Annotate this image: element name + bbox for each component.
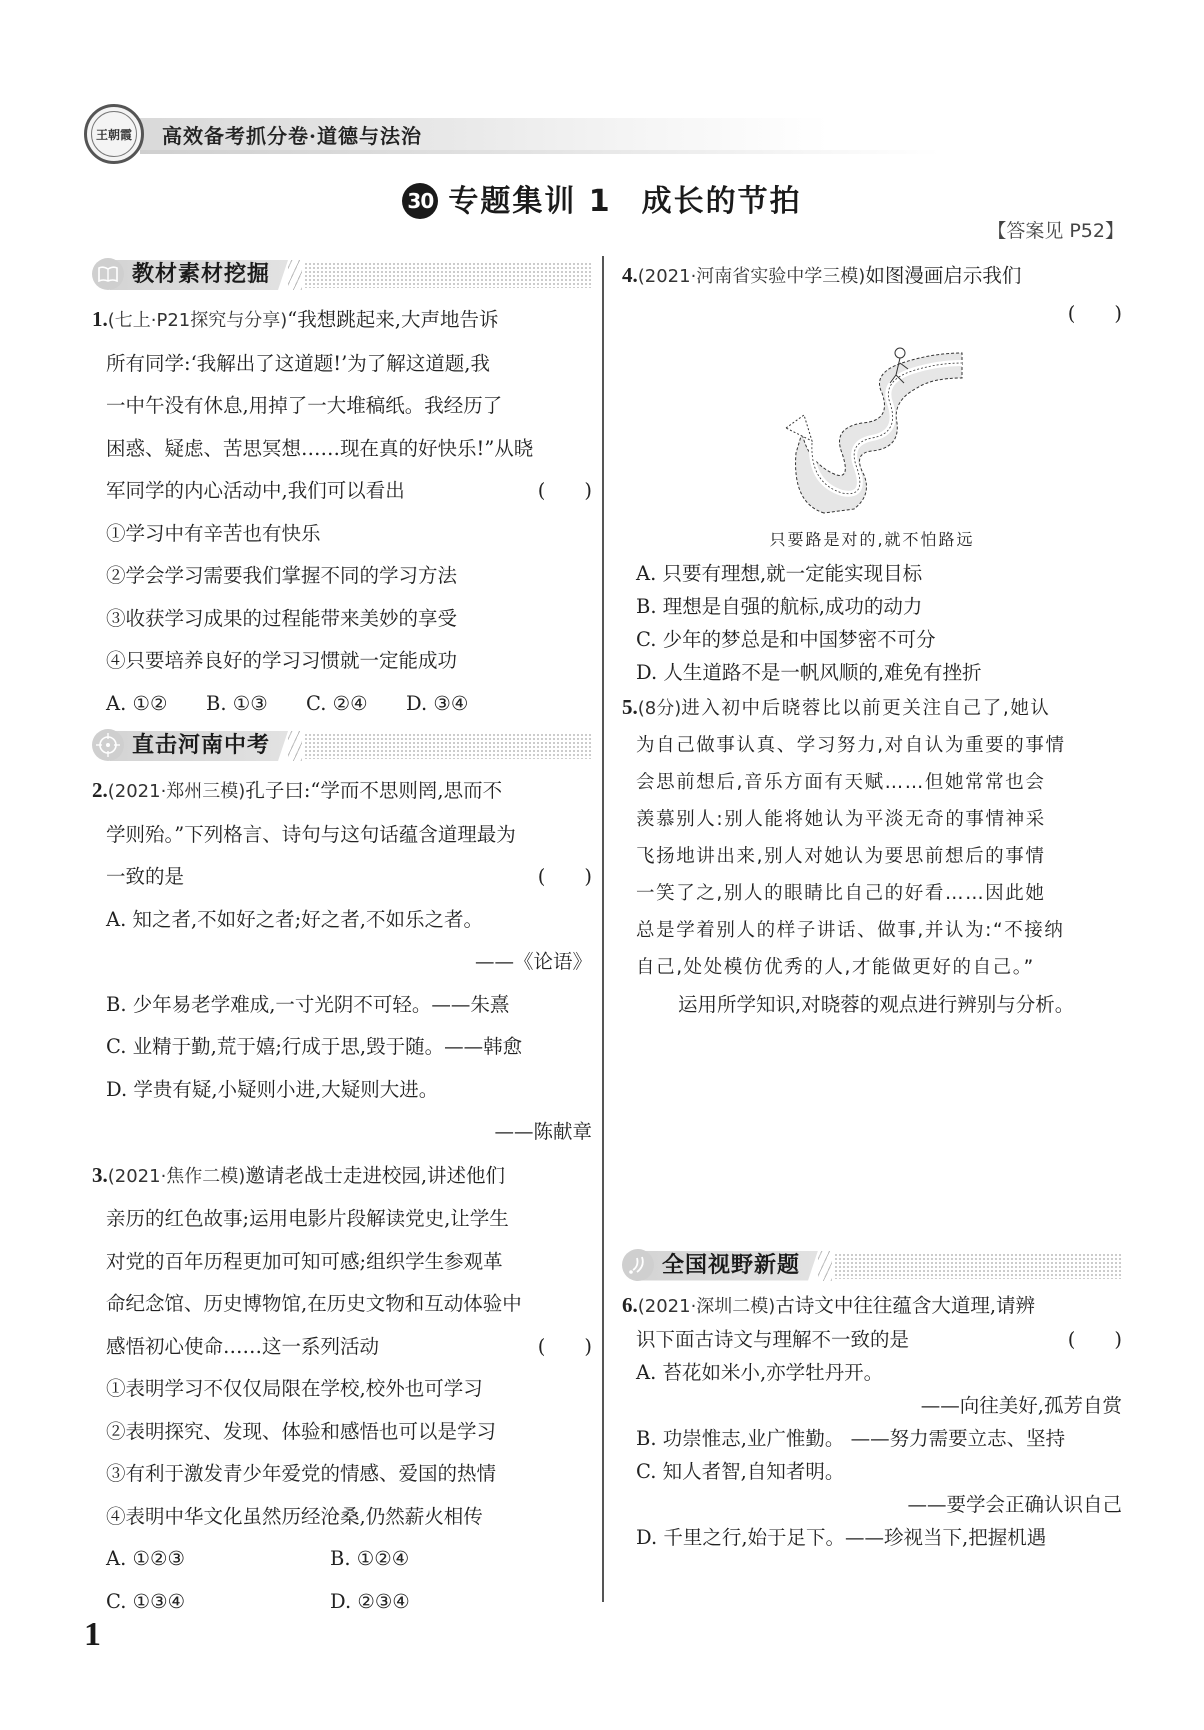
question-source: (2021·河南省实验中学三模)	[638, 266, 866, 287]
cartoon-winding-road	[622, 333, 1122, 523]
option-c[interactable]: C. ②④	[306, 683, 406, 726]
title-sub: 成长的节拍	[642, 184, 802, 219]
question-text: 军同学的内心活动中,我们可以看出	[106, 479, 405, 502]
question-source: (2021·焦作二模)	[108, 1166, 246, 1187]
option-d-attribution: ——陈献章	[92, 1111, 592, 1154]
question-text: 自己,处处模仿优秀的人,才能做更好的自己。”	[622, 949, 1122, 986]
question-4: 4.(2021·河南省实验中学三模)如图漫画启示我们 ( ) 只要路是对的,就不…	[622, 254, 1122, 689]
option-d[interactable]: D. 人生道路不是一帆风顺的,难免有挫折	[622, 656, 1122, 689]
question-points: (8分)	[638, 698, 682, 719]
question-source: (2021·郑州三模)	[108, 781, 246, 802]
statement-item: ③有利于激发青少年爱党的情感、爱国的热情	[92, 1453, 592, 1496]
option-d[interactable]: D. 千里之行,始于足下。——珍视当下,把握机遇	[622, 1521, 1122, 1554]
question-text: 感悟初心使命……这一系列活动	[106, 1335, 379, 1358]
question-1: 1.(七上·P21探究与分享)“我想跳起来,大声地告诉 所有同学:‘我解出了这道…	[92, 298, 592, 725]
unit-number-badge: 30	[402, 183, 438, 219]
option-b[interactable]: B. 少年易老学难成,一寸光阴不可轻。——朱熹	[92, 984, 592, 1027]
question-text: 羡慕别人:别人能将她认为平淡无奇的事情神采	[622, 801, 1122, 838]
publisher-logo-icon: 王朝霞	[84, 104, 144, 164]
option-b[interactable]: B. ①②④	[330, 1538, 554, 1581]
question-3: 3.(2021·焦作二模)邀请老战士走进校园,讲述他们 亲历的红色故事;运用电影…	[92, 1154, 592, 1624]
question-source: (七上·P21探究与分享)	[108, 310, 288, 331]
winding-road-illustration-icon	[772, 333, 972, 523]
answer-writing-area[interactable]	[622, 1023, 1122, 1245]
section-header-henan: 直击河南中考	[92, 727, 592, 763]
option-c[interactable]: C. 少年的梦总是和中国梦密不可分	[622, 623, 1122, 656]
answer-bracket[interactable]: ( )	[538, 856, 592, 899]
answer-bracket[interactable]: ( )	[538, 1326, 592, 1369]
option-b[interactable]: B. 理想是自强的航标,成功的动力	[622, 590, 1122, 623]
question-text: 为自己做事认真、学习努力,对自认为重要的事情	[622, 727, 1122, 764]
answer-bracket[interactable]: ( )	[1068, 1323, 1122, 1356]
question-text: 学则殆。”下列格言、诗句与这句话蕴含道理最为	[92, 814, 592, 857]
section-dots-decoration	[834, 1253, 1122, 1279]
question-text: 会思前想后,音乐方面有天赋……但她常常也会	[622, 764, 1122, 801]
answer-options: A. ①② B. ①③ C. ②④ D. ③④	[92, 683, 592, 726]
question-text: 困惑、疑虑、苦思冥想……现在真的好快乐!”从晓	[92, 428, 592, 471]
right-column: 4.(2021·河南省实验中学三模)如图漫画启示我们 ( ) 只要路是对的,就不…	[622, 254, 1122, 1554]
statement-item: ②学会学习需要我们掌握不同的学习方法	[92, 555, 592, 598]
statement-item: ④表明中华文化虽然历经沧桑,仍然薪火相传	[92, 1496, 592, 1539]
question-source: (2021·深圳二模)	[638, 1296, 776, 1317]
section-title: 教材素材挖掘	[110, 260, 288, 290]
option-b[interactable]: B. 功崇惟志,业广惟勤。 ——努力需要立志、坚持	[622, 1422, 1122, 1455]
question-task: 运用所学知识,对晓蓉的观点进行辨别与分析。	[622, 986, 1122, 1023]
option-c[interactable]: C. 业精于勤,荒于嬉;行成于思,毁于随。——韩愈	[92, 1026, 592, 1069]
question-text: 古诗文中往往蕴含大道理,请辨	[775, 1294, 1035, 1317]
option-d[interactable]: D. 学贵有疑,小疑则小进,大疑则大进。	[92, 1069, 592, 1112]
answer-options-row-2: C. ①③④ D. ②③④	[92, 1581, 592, 1624]
option-c-interpretation: ——要学会正确认识自己	[622, 1488, 1122, 1521]
question-text: 一致的是	[106, 865, 184, 888]
column-divider	[602, 256, 604, 1602]
option-b[interactable]: B. ①③	[206, 683, 306, 726]
option-a[interactable]: A. ①②③	[106, 1538, 330, 1581]
question-number: 3.	[92, 1163, 108, 1187]
answer-bracket[interactable]: ( )	[1068, 299, 1122, 329]
question-text: 进入初中后晓蓉比以前更关注自己了,她认	[681, 698, 1050, 719]
answer-options-row-1: A. ①②③ B. ①②④	[92, 1538, 592, 1581]
question-number: 4.	[622, 263, 638, 287]
option-c[interactable]: C. 知人者智,自知者明。	[622, 1455, 1122, 1488]
question-number: 5.	[622, 695, 638, 719]
section-slash-decoration	[818, 1251, 832, 1281]
section-header-textbook: 教材素材挖掘	[92, 256, 592, 292]
question-text: 飞扬地讲出来,别人对她认为要思前想后的事情	[622, 838, 1122, 875]
option-a[interactable]: A. 只要有理想,就一定能实现目标	[622, 557, 1122, 590]
answer-reference: 【答案见 P52】	[987, 216, 1124, 243]
question-6: 6.(2021·深圳二模)古诗文中往往蕴含大道理,请辨 识下面古诗文与理解不一致…	[622, 1289, 1122, 1554]
target-icon	[92, 729, 124, 761]
question-text: 一中午没有休息,用掉了一大堆稿纸。我经历了	[92, 385, 592, 428]
series-title: 高效备考抓分卷·道德与法治	[162, 120, 422, 149]
section-dots-decoration	[304, 733, 592, 759]
question-number: 1.	[92, 307, 108, 331]
section-slash-decoration	[288, 260, 302, 290]
logo-text: 王朝霞	[96, 126, 132, 143]
answer-bracket[interactable]: ( )	[538, 470, 592, 513]
statement-item: ①学习中有辛苦也有快乐	[92, 513, 592, 556]
page-number: 1	[84, 1616, 101, 1654]
question-number: 2.	[92, 778, 108, 802]
statement-item: ①表明学习不仅仅局限在学校,校外也可学习	[92, 1368, 592, 1411]
section-title: 直击河南中考	[110, 731, 288, 761]
option-a-interpretation: ——向往美好,孤芳自赏	[622, 1389, 1122, 1422]
question-2: 2.(2021·郑州三模)孔子曰:“学而不思则罔,思而不 学则殆。”下列格言、诗…	[92, 769, 592, 1154]
signal-icon	[622, 1249, 654, 1281]
question-text: 命纪念馆、历史博物馆,在历史文物和互动体验中	[92, 1283, 592, 1326]
statement-item: ②表明探究、发现、体验和感悟也可以是学习	[92, 1411, 592, 1454]
left-column: 教材素材挖掘 1.(七上·P21探究与分享)“我想跳起来,大声地告诉 所有同学:…	[92, 254, 592, 1623]
question-text: 对党的百年历程更加可知可感;组织学生参观革	[92, 1241, 592, 1284]
section-dots-decoration	[304, 262, 592, 288]
section-slash-decoration	[288, 731, 302, 761]
question-text: 邀请老战士走进校园,讲述他们	[245, 1164, 505, 1187]
page-title: 30专题集训 1成长的节拍	[0, 176, 1204, 220]
statement-item: ③收获学习成果的过程能带来美妙的享受	[92, 598, 592, 641]
question-text: “我想跳起来,大声地告诉	[287, 308, 498, 331]
figure-caption: 只要路是对的,就不怕路远	[622, 523, 1122, 557]
option-a[interactable]: A. 苔花如米小,亦学牡丹开。	[622, 1356, 1122, 1389]
option-c[interactable]: C. ①③④	[106, 1581, 330, 1624]
statement-item: ④只要培养良好的学习习惯就一定能成功	[92, 640, 592, 683]
question-5: 5.(8分)进入初中后晓蓉比以前更关注自己了,她认 为自己做事认真、学习努力,对…	[622, 689, 1122, 1245]
option-d[interactable]: D. ③④	[406, 683, 506, 726]
question-number: 6.	[622, 1293, 638, 1317]
option-a[interactable]: A. ①②	[106, 683, 206, 726]
question-text: 总是学着别人的样子讲话、做事,并认为:“不接纳	[622, 912, 1122, 949]
question-text: 一笑了之,别人的眼睛比自己的好看……因此她	[622, 875, 1122, 912]
option-d[interactable]: D. ②③④	[330, 1581, 554, 1624]
question-text: 孔子曰:“学而不思则罔,思而不	[245, 779, 502, 802]
header-underline	[140, 150, 940, 154]
option-a[interactable]: A. 知之者,不如好之者;好之者,不如乐之者。	[92, 899, 592, 942]
option-a-attribution: ——《论语》	[92, 941, 592, 984]
section-title: 全国视野新题	[640, 1251, 818, 1281]
book-icon	[92, 258, 124, 290]
section-header-national: 全国视野新题	[622, 1247, 1122, 1283]
question-text: 亲历的红色故事;运用电影片段解读党史,让学生	[92, 1198, 592, 1241]
title-main: 专题集训 1	[448, 184, 611, 219]
question-text: 如图漫画启示我们	[865, 264, 1021, 287]
question-text: 识下面古诗文与理解不一致的是	[636, 1328, 909, 1351]
question-text: 所有同学:‘我解出了这道题!’为了解这道题,我	[92, 343, 592, 386]
